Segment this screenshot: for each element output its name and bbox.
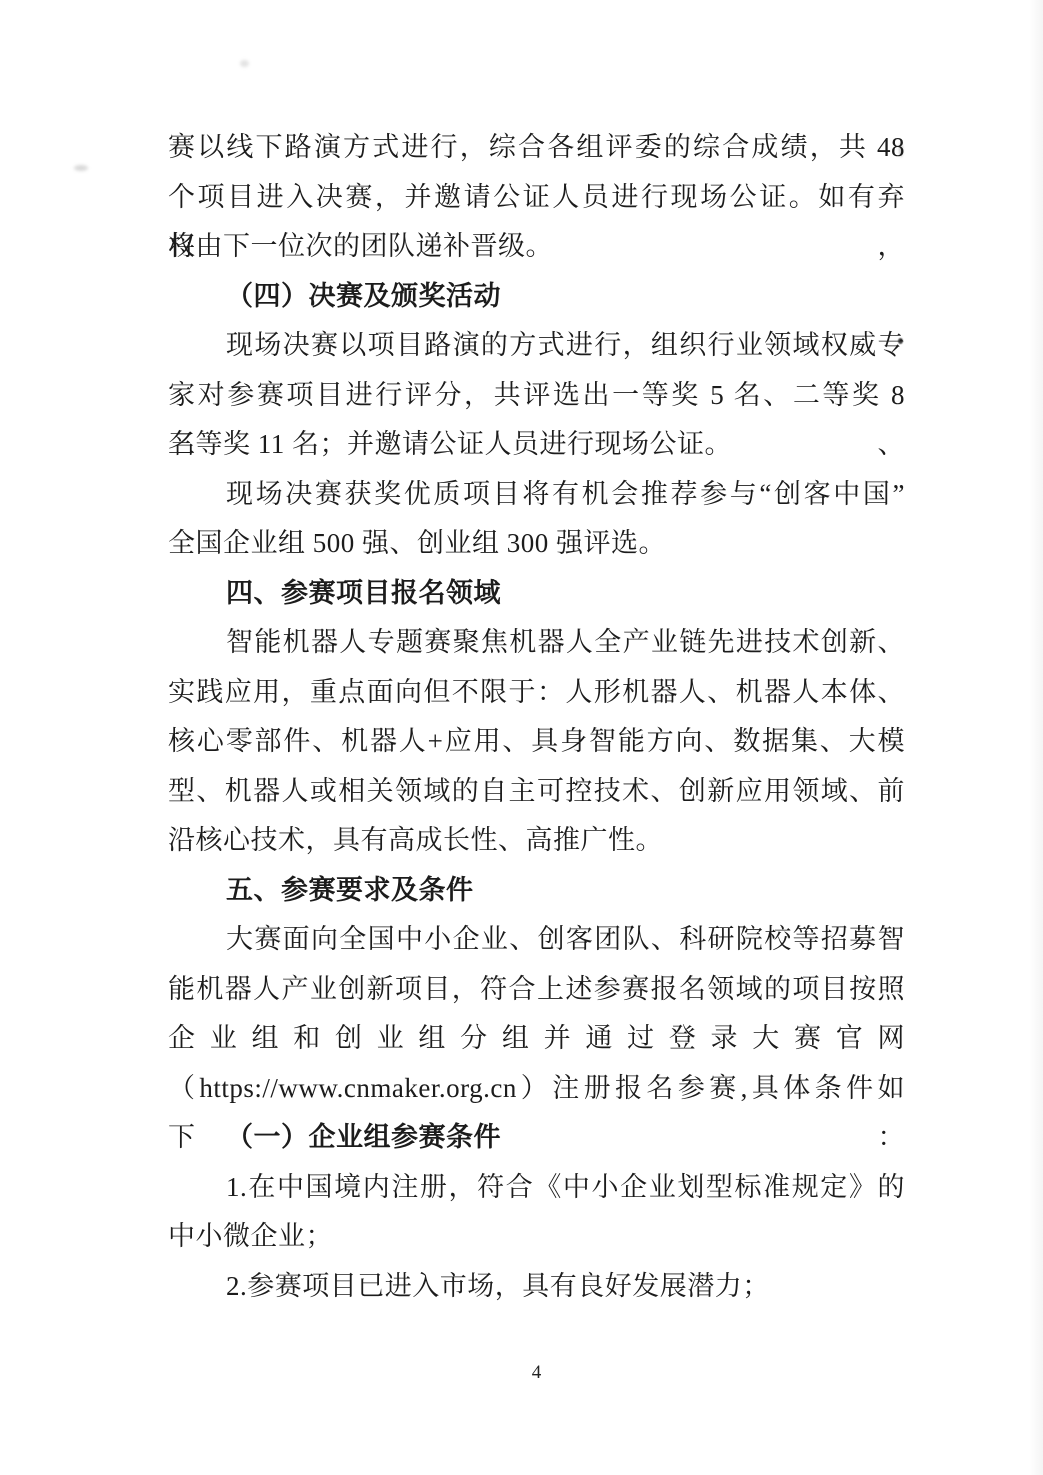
scan-artifact	[240, 60, 249, 67]
text-line: 现场决赛以项目路演的方式进行，组织行业领域权威专	[168, 321, 905, 371]
text-line: 企业组和创业组分组并通过登录大赛官网	[168, 1014, 905, 1064]
text-line: 核心零部件、机器人+应用、具身智能方向、数据集、大模	[168, 717, 905, 767]
text-line: 个项目进入决赛，并邀请公证人员进行现场公证。如有弃权，	[168, 173, 905, 223]
text-line: 2.参赛项目已进入市场，具有良好发展潜力；	[168, 1262, 905, 1312]
text-line: 实践应用，重点面向但不限于：人形机器人、机器人本体、	[168, 668, 905, 718]
text-line: 智能机器人专题赛聚焦机器人全产业链先进技术创新、	[168, 618, 905, 668]
document-body: 赛以线下路演方式进行，综合各组评委的综合成绩，共 48个项目进入决赛，并邀请公证…	[168, 123, 905, 1311]
text-line: （https://www.cnmaker.org.cn）注册报名参赛,具体条件如…	[168, 1064, 905, 1114]
scan-artifact	[74, 165, 88, 171]
text-line: 全国企业组 500 强、创业组 300 强评选。	[168, 519, 905, 569]
scan-edge-shadow	[1029, 0, 1043, 1475]
text-line: 家对参赛项目进行评分，共评选出一等奖 5 名、二等奖 8 名、	[168, 371, 905, 421]
text-line: 现场决赛获奖优质项目将有机会推荐参与“创客中国”	[168, 470, 905, 520]
text-line: （四）决赛及颁奖活动	[168, 272, 905, 322]
text-line: 中小微企业；	[168, 1212, 905, 1262]
text-line: 型、机器人或相关领域的自主可控技术、创新应用领域、前	[168, 767, 905, 817]
text-line: 1.在中国境内注册，符合《中小企业划型标准规定》的	[168, 1163, 905, 1213]
text-line: 大赛面向全国中小企业、创客团队、科研院校等招募智	[168, 915, 905, 965]
text-line: 五、参赛要求及条件	[168, 866, 905, 916]
text-line: 四、参赛项目报名领域	[168, 569, 905, 619]
text-line: 赛以线下路演方式进行，综合各组评委的综合成绩，共 48	[168, 123, 905, 173]
text-line: 能机器人产业创新项目，符合上述参赛报名领域的项目按照	[168, 965, 905, 1015]
text-line: 沿核心技术，具有高成长性、高推广性。	[168, 816, 905, 866]
scanned-document-page: 赛以线下路演方式进行，综合各组评委的综合成绩，共 48个项目进入决赛，并邀请公证…	[0, 0, 1043, 1475]
page-number: 4	[168, 1362, 905, 1384]
